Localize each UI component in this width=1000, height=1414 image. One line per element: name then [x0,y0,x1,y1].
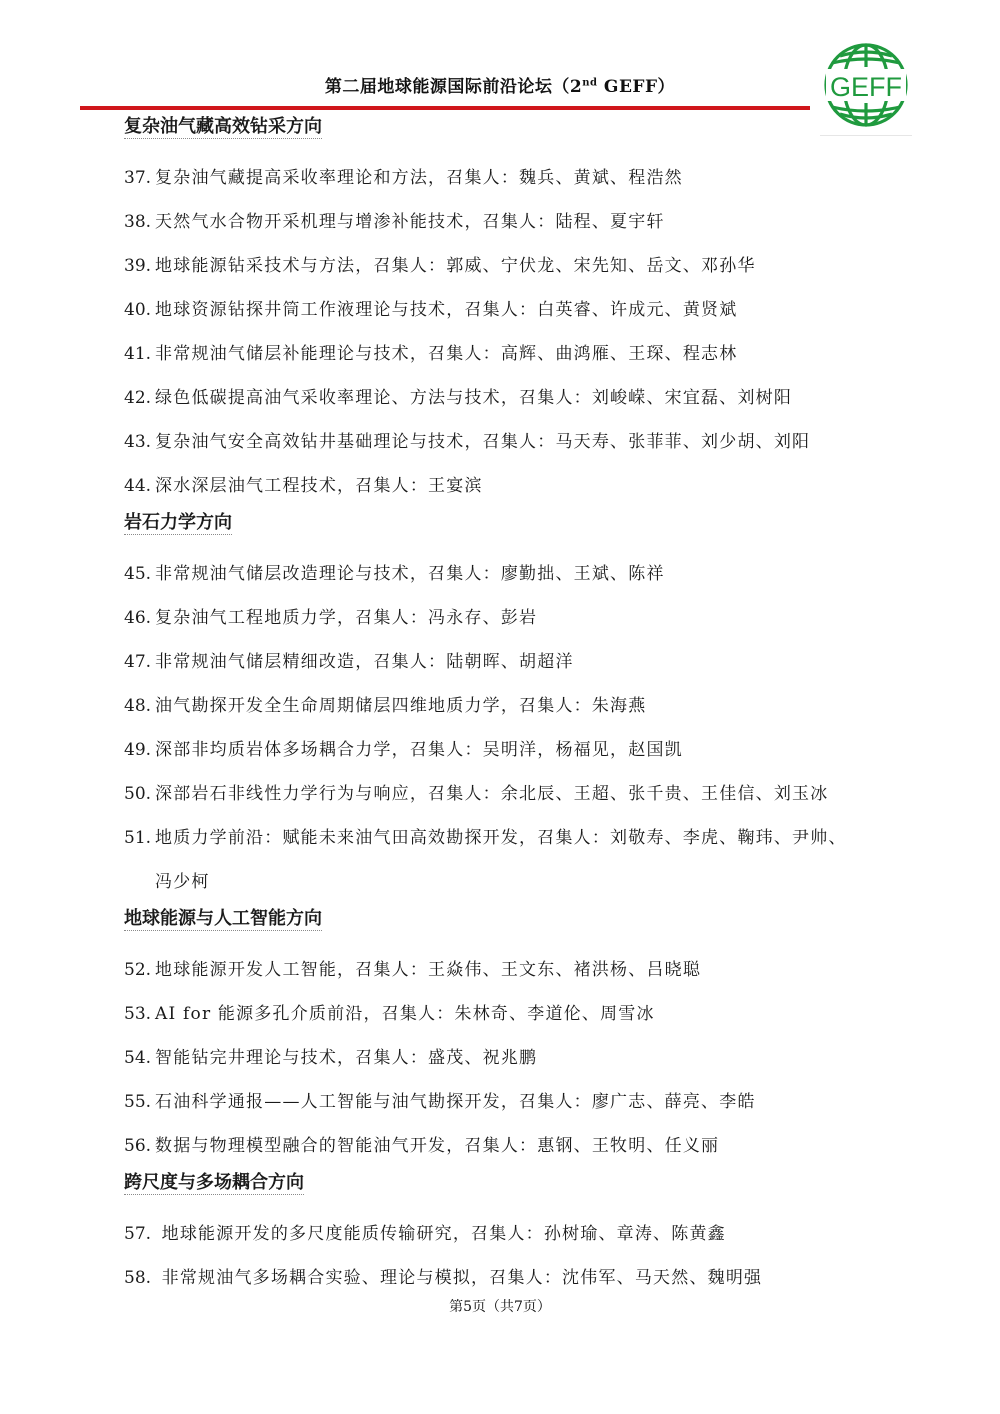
section-heading: 复杂油气藏高效钻采方向 [124,112,904,156]
item-number: 47. [124,652,151,672]
item-number: 55. [124,1092,151,1112]
header-red-rule [80,106,810,110]
section-0: 复杂油气藏高效钻采方向 37.复杂油气藏提高采收率理论和方法，召集人：魏兵、黄斌… [124,112,904,508]
section-heading: 岩石力学方向 [124,508,904,552]
item-number: 46. [124,608,151,628]
item-text: 数据与物理模型融合的智能油气开发，召集人：惠钢、王牧明、任义丽 [155,1136,719,1156]
item-number: 50. [124,784,151,804]
list-item: 57. 地球能源开发的多尺度能质传输研究，召集人：孙树瑜、章涛、陈黄鑫 [124,1212,904,1256]
item-text-continuation: 冯少柯 [155,872,210,892]
item-text: 非常规油气储层精细改造，召集人：陆朝晖、胡超洋 [155,652,574,672]
item-text: 复杂油气安全高效钻井基础理论与技术，召集人：马天寿、张菲菲、刘少胡、刘阳 [155,432,810,452]
item-text: 绿色低碳提高油气采收率理论、方法与技术，召集人：刘峻嵘、宋宜磊、刘树阳 [155,388,792,408]
svg-text:GEFF: GEFF [830,72,902,102]
item-text: 非常规油气多场耦合实验、理论与模拟，召集人：沈伟军、马天然、魏明强 [155,1268,762,1288]
header-title-superscript: nd [582,77,597,88]
page-footer: 第5页（共7页） [0,1296,1000,1316]
section-3: 跨尺度与多场耦合方向 57. 地球能源开发的多尺度能质传输研究，召集人：孙树瑜、… [124,1168,904,1300]
item-text: 地质力学前沿：赋能未来油气田高效勘探开发，召集人：刘敬寿、李虎、鞠玮、尹帅、 [155,828,847,848]
list-item: 42.绿色低碳提高油气采收率理论、方法与技术，召集人：刘峻嵘、宋宜磊、刘树阳 [124,376,904,420]
list-item-continuation: 冯少柯 [124,860,904,904]
header-title-main: 第二届地球能源国际前沿论坛（2 [325,77,582,97]
list-item: 53.AI for 能源多孔介质前沿，召集人：朱林奇、李道伦、周雪冰 [124,992,904,1036]
item-number: 57. [124,1224,151,1244]
item-text: 深部岩石非线性力学行为与响应，召集人：余北辰、王超、张千贵、王佳信、刘玉冰 [155,784,828,804]
item-text: 智能钻完井理论与技术，召集人：盛茂、祝兆鹏 [155,1048,537,1068]
item-number: 53. [124,1004,151,1024]
item-text: 复杂油气藏提高采收率理论和方法，召集人：魏兵、黄斌、程浩然 [155,168,683,188]
item-text: 地球能源钻采技术与方法，召集人：郭威、宁伏龙、宋先知、岳文、邓孙华 [155,256,756,276]
item-number: 45. [124,564,151,584]
item-number: 56. [124,1136,151,1156]
list-item: 58. 非常规油气多场耦合实验、理论与模拟，召集人：沈伟军、马天然、魏明强 [124,1256,904,1300]
section-heading-text: 复杂油气藏高效钻采方向 [124,116,322,139]
list-item: 41.非常规油气储层补能理论与技术，召集人：高辉、曲鸿雁、王琛、程志林 [124,332,904,376]
list-item: 45.非常规油气储层改造理论与技术，召集人：廖勤拙、王斌、陈祥 [124,552,904,596]
list-item: 43.复杂油气安全高效钻井基础理论与技术，召集人：马天寿、张菲菲、刘少胡、刘阳 [124,420,904,464]
section-heading-text: 跨尺度与多场耦合方向 [124,1172,304,1195]
item-text: 天然气水合物开采机理与增渗补能技术，召集人：陆程、夏宇轩 [155,212,665,232]
item-text: 石油科学通报——人工智能与油气勘探开发，召集人：廖广志、薛亮、李皓 [155,1092,756,1112]
item-text: 地球能源开发人工智能，召集人：王焱伟、王文东、褚洪杨、吕晓聪 [155,960,701,980]
list-item: 50.深部岩石非线性力学行为与响应，召集人：余北辰、王超、张千贵、王佳信、刘玉冰 [124,772,904,816]
item-number: 52. [124,960,151,980]
list-item: 44.深水深层油气工程技术，召集人：王宴滨 [124,464,904,508]
item-number: 39. [124,256,151,276]
item-number: 58. [124,1268,151,1288]
document-body: 复杂油气藏高效钻采方向 37.复杂油气藏提高采收率理论和方法，召集人：魏兵、黄斌… [124,112,904,1300]
list-item: 52.地球能源开发人工智能，召集人：王焱伟、王文东、褚洪杨、吕晓聪 [124,948,904,992]
list-item: 47.非常规油气储层精细改造，召集人：陆朝晖、胡超洋 [124,640,904,684]
list-item: 38.天然气水合物开采机理与增渗补能技术，召集人：陆程、夏宇轩 [124,200,904,244]
list-item: 51.地质力学前沿：赋能未来油气田高效勘探开发，召集人：刘敬寿、李虎、鞠玮、尹帅… [124,816,904,860]
item-number: 40. [124,300,151,320]
list-item: 37.复杂油气藏提高采收率理论和方法，召集人：魏兵、黄斌、程浩然 [124,156,904,200]
item-number: 37. [124,168,151,188]
item-number: 51. [124,828,151,848]
item-number: 49. [124,740,151,760]
list-item: 54.智能钻完井理论与技术，召集人：盛茂、祝兆鹏 [124,1036,904,1080]
item-text: 深水深层油气工程技术，召集人：王宴滨 [155,476,483,496]
item-text: 地球资源钻探井筒工作液理论与技术，召集人：白英睿、许成元、黄贤斌 [155,300,737,320]
item-text: 非常规油气储层改造理论与技术，召集人：廖勤拙、王斌、陈祥 [155,564,665,584]
item-number: 41. [124,344,151,364]
item-number: 54. [124,1048,151,1068]
item-number: 44. [124,476,151,496]
section-2: 地球能源与人工智能方向 52.地球能源开发人工智能，召集人：王焱伟、王文东、褚洪… [124,904,904,1168]
list-item: 39.地球能源钻采技术与方法，召集人：郭威、宁伏龙、宋先知、岳文、邓孙华 [124,244,904,288]
list-item: 48.油气勘探开发全生命周期储层四维地质力学，召集人：朱海燕 [124,684,904,728]
section-heading: 地球能源与人工智能方向 [124,904,904,948]
list-item: 56.数据与物理模型融合的智能油气开发，召集人：惠钢、王牧明、任义丽 [124,1124,904,1168]
item-number: 38. [124,212,151,232]
item-text: 油气勘探开发全生命周期储层四维地质力学，召集人：朱海燕 [155,696,646,716]
item-number: 42. [124,388,151,408]
item-number: 48. [124,696,151,716]
item-number: 43. [124,432,151,452]
section-heading-text: 岩石力学方向 [124,512,232,535]
header-title-end: GEFF） [598,77,676,97]
list-item: 49.深部非均质岩体多场耦合力学，召集人：吴明洋，杨福见，赵国凯 [124,728,904,772]
section-heading: 跨尺度与多场耦合方向 [124,1168,904,1212]
list-item: 46.复杂油气工程地质力学，召集人：冯永存、彭岩 [124,596,904,640]
item-text: 复杂油气工程地质力学，召集人：冯永存、彭岩 [155,608,537,628]
section-1: 岩石力学方向 45.非常规油气储层改造理论与技术，召集人：廖勤拙、王斌、陈祥 4… [124,508,904,904]
item-text: 深部非均质岩体多场耦合力学，召集人：吴明洋，杨福见，赵国凯 [155,740,683,760]
list-item: 55.石油科学通报——人工智能与油气勘探开发，召集人：廖广志、薛亮、李皓 [124,1080,904,1124]
list-item: 40.地球资源钻探井筒工作液理论与技术，召集人：白英睿、许成元、黄贤斌 [124,288,904,332]
item-text: 非常规油气储层补能理论与技术，召集人：高辉、曲鸿雁、王琛、程志林 [155,344,737,364]
section-heading-text: 地球能源与人工智能方向 [124,908,322,931]
item-text: 地球能源开发的多尺度能质传输研究，召集人：孙树瑜、章涛、陈黄鑫 [155,1224,726,1244]
item-text: AI for 能源多孔介质前沿，召集人：朱林奇、李道伦、周雪冰 [155,1004,655,1024]
